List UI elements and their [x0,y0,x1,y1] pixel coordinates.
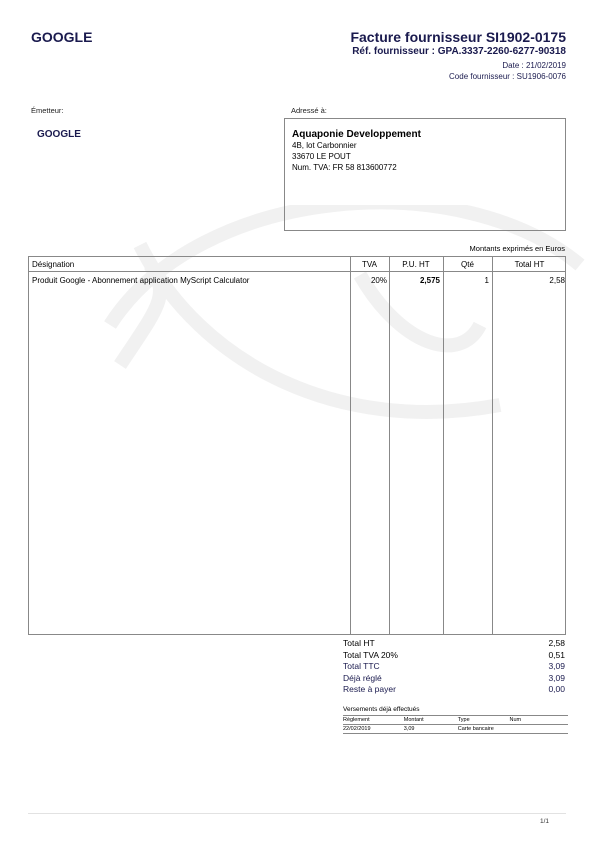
page-number: 1/1 [540,818,549,825]
emitter-name: GOOGLE [37,129,81,140]
header-tva: TVA [350,260,389,269]
remaining-row: Reste à payer0,00 [343,684,565,696]
payment-header-type: Type [458,716,510,725]
recipient-label: Adressé à: [291,106,327,115]
payments-block: Versements déjà effectués Règlement Mont… [343,706,568,734]
emitter-label: Émetteur: [31,106,64,115]
recipient-vat-number: Num. TVA: FR 58 813600772 [292,162,565,173]
line-unit-price: 2,575 [389,276,440,285]
invoice-title: Facture fournisseur SI1902-0175 [350,29,566,45]
invoice-date: Date : 21/02/2019 [350,60,566,71]
line-total: 2,58 [492,276,565,285]
footer-divider [28,813,566,814]
total-tva-row: Total TVA 20%0,51 [343,650,565,662]
payments-title: Versements déjà effectués [343,706,568,713]
line-qty: 1 [443,276,489,285]
payment-header-num: Num [510,716,569,725]
total-ht-row: Total HT2,58 [343,638,565,650]
header-qty: Qté [443,260,492,269]
header-designation: Désignation [32,260,74,269]
header-unit-price: P.U. HT [389,260,443,269]
supplier-code: Code fournisseur : SU1906-0076 [350,71,566,82]
line-designation: Produit Google - Abonnement application … [32,276,249,285]
payment-header-amount: Montant [404,716,458,725]
payments-table: Règlement Montant Type Num 22/02/2019 3,… [343,715,568,734]
recipient-address-line: 33670 LE POUT [292,151,565,162]
supplier-reference: Réf. fournisseur : GPA.3337-2260-6277-90… [350,46,566,57]
payment-header-date: Règlement [343,716,404,725]
totals-block: Total HT2,58 Total TVA 20%0,51 Total TTC… [343,638,565,696]
line-tva: 20% [350,276,387,285]
invoice-lines-table: Désignation TVA P.U. HT Qté Total HT Pro… [28,256,566,635]
already-paid-row: Déjà réglé3,09 [343,673,565,685]
currency-note: Montants exprimés en Euros [470,244,565,253]
payment-row: 22/02/2019 3,09 Carte bancaire [343,725,568,734]
header-total: Total HT [492,260,567,269]
recipient-name: Aquaponie Developpement [292,129,565,140]
recipient-address-line: 4B, lot Carbonnier [292,140,565,151]
recipient-address-box: Aquaponie Developpement 4B, lot Carbonni… [284,118,566,231]
total-ttc-row: Total TTC3,09 [343,661,565,673]
supplier-name: GOOGLE [31,29,92,45]
invoice-header: Facture fournisseur SI1902-0175 Réf. fou… [350,29,566,82]
